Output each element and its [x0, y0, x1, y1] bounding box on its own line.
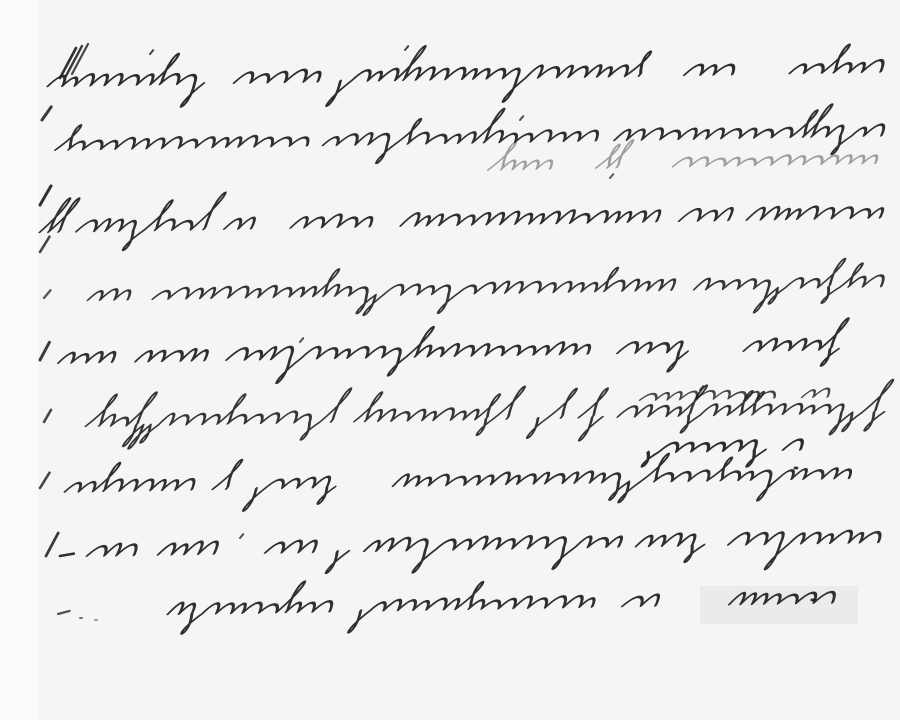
handwriting-line-7	[48, 449, 871, 514]
ink-mark-clip-frag-line3b	[40, 237, 50, 252]
handwriting-line-1	[29, 38, 900, 111]
ink-mark-clip-frag-line3a	[40, 186, 51, 205]
handwriting-line-5	[40, 318, 861, 387]
handwriting-ink-layer	[0, 0, 900, 720]
ink-mark-dash-before-gott	[60, 554, 74, 556]
handwriting-line-4	[70, 258, 900, 324]
ink-mark-clip-frag-line8	[46, 533, 58, 556]
ink-mark-i-tick-2	[405, 46, 408, 50]
manuscript-scan: Transcription is approximate; 19th-centu…	[0, 0, 900, 720]
ink-mark-i-tick-4	[610, 174, 613, 178]
ink-mark-clip-frag-line5	[40, 342, 49, 360]
handwriting-line-6	[68, 379, 900, 450]
handwriting-line-6-insert	[640, 388, 834, 400]
ink-mark-i-tick-7	[240, 534, 243, 538]
handwriting-line-3	[25, 181, 900, 252]
ink-mark-i-tick-5	[300, 338, 303, 342]
ink-mark-speckle-row	[58, 611, 70, 614]
ink-mark-i-tick-1	[150, 50, 153, 54]
ink-mark-clip-frag-line2	[42, 107, 51, 120]
ink-mark-clip-frag-line7	[40, 473, 50, 488]
ink-mark-clip-frag-line4	[44, 290, 50, 298]
ink-mark-clip-frag-line6	[44, 410, 51, 422]
handwriting-line-8	[68, 530, 888, 582]
ink-mark-i-tick-3	[520, 116, 523, 120]
